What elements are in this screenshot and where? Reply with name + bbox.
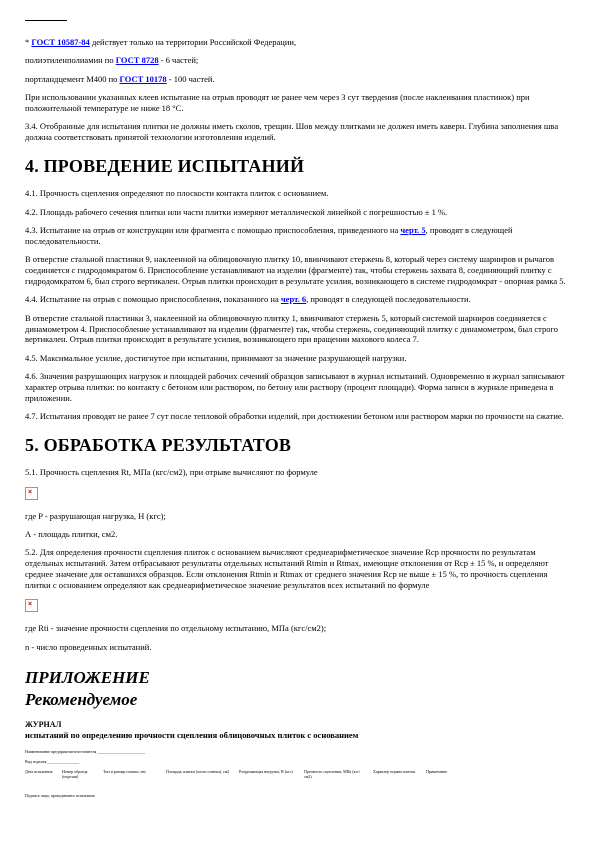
paragraph-device-figure-6: В отверстие стальной пластинки 3, наклее… [25,313,570,346]
journal-subtitle: испытаний по определению прочности сцепл… [25,730,570,740]
journal-column-tile-type-size: Тип и размер плитки, мм [103,769,159,779]
heading-section-5: 5. ОБРАБОТКА РЕЗУЛЬТАТОВ [25,435,570,456]
paragraph-curing-note: При использовании указанных клеев испыта… [25,92,570,114]
link-gost-8728[interactable]: ГОСТ 8728 [116,55,159,65]
paragraph-4-1: 4.1. Прочность сцепления определяют по п… [25,188,570,199]
paragraph-where-n: n - число проведенных испытаний. [25,642,570,653]
paragraph-4-4: 4.4. Испытание на отрыв с помощью приспо… [25,294,570,305]
link-figure-5[interactable]: черт. 5 [400,225,425,235]
glue2-post: - 100 частей. [167,74,215,84]
journal-column-sample-number: Номер образца (изделия) [62,769,96,779]
footnote-separator [25,20,67,21]
paragraph-glue-component-2: портландцемент М400 по ГОСТ 10178 - 100 … [25,74,570,85]
p44-pre: 4.4. Испытание на отрыв с помощью приспо… [25,294,281,304]
journal-table-header-row: Дата испытания Номер образца (изделия) Т… [25,769,570,779]
journal-column-bond-strength: Прочность сцепления, МПа (кгс/см2) [304,769,366,779]
paragraph-4-3: 4.3. Испытание на отрыв от конструкции и… [25,225,570,247]
broken-image-x-icon: × [28,600,32,610]
journal-column-date: Дата испытания [25,769,55,779]
glue1-post: - 6 частей; [159,55,199,65]
paragraph-4-6: 4.6. Значения разрушающих нагрузок и пло… [25,371,570,404]
paragraph-where-P: где P - разрушающая нагрузка, Н (кгс); [25,511,570,522]
link-gost-10178[interactable]: ГОСТ 10178 [120,74,167,84]
paragraph-5-2: 5.2. Для определения прочности сцепления… [25,547,570,591]
broken-formula-image-icon-2: × [25,599,38,612]
paragraph-where-A: А - площадь плитки, см2. [25,529,570,540]
paragraph-3-4: 3.4. Отобранные для испытания плитки не … [25,121,570,143]
p44-post: , проводят в следующей последовательност… [306,294,471,304]
journal-column-breaking-load: Разрушающая нагрузка, Н (кгс) [239,769,297,779]
journal-form-line-manufacturer: Наименование предприятия-изготовителя __… [25,749,570,755]
heading-appendix-recommended: Рекомендуемое [25,690,570,710]
glue2-pre: портландцемент М400 по [25,74,120,84]
journal-column-note: Примечание [426,769,460,779]
paragraph-glue-component-1: полиэтиленполиамин по ГОСТ 8728 - 6 част… [25,55,570,66]
heading-appendix: ПРИЛОЖЕНИЕ [25,668,570,688]
paragraph-4-7: 4.7. Испытания проводят не ранее 7 сут п… [25,411,570,422]
link-gost-10587-84[interactable]: ГОСТ 10587-84 [31,37,89,47]
document-page: * ГОСТ 10587-84 действует только на терр… [0,0,595,798]
footnote-post: действует только на территории Российско… [90,37,296,47]
paragraph-4-5: 4.5. Максимальное усилие, достигнутое пр… [25,353,570,364]
p43-pre: 4.3. Испытание на отрыв от конструкции и… [25,225,400,235]
footnote: * ГОСТ 10587-84 действует только на терр… [25,37,570,48]
paragraph-where-Rti: где Rti - значение прочности сцепления п… [25,623,570,634]
link-figure-6[interactable]: черт. 6 [281,294,306,304]
broken-image-x-icon: × [28,488,32,498]
journal-title: ЖУРНАЛ [25,720,570,729]
heading-section-4: 4. ПРОВЕДЕНИЕ ИСПЫТАНИЙ [25,156,570,177]
journal-form-line-product: Вид изделия ________________ [25,759,570,765]
journal-column-failure-type: Характер отрыва плитки [373,769,419,779]
glue1-pre: полиэтиленполиамин по [25,55,116,65]
paragraph-5-1: 5.1. Прочность сцепления Rt, МПа (кгс/см… [25,467,570,478]
broken-formula-image-icon-1: × [25,487,38,500]
paragraph-device-figure-5: В отверстие стальной пластинки 9, наклее… [25,254,570,287]
journal-column-tile-area: Площадь плитки (части плитки), см2 [166,769,232,779]
journal-signature-line: Подпись лица, проводившего испытания [25,793,570,798]
paragraph-4-2: 4.2. Площадь рабочего сечения плитки или… [25,207,570,218]
